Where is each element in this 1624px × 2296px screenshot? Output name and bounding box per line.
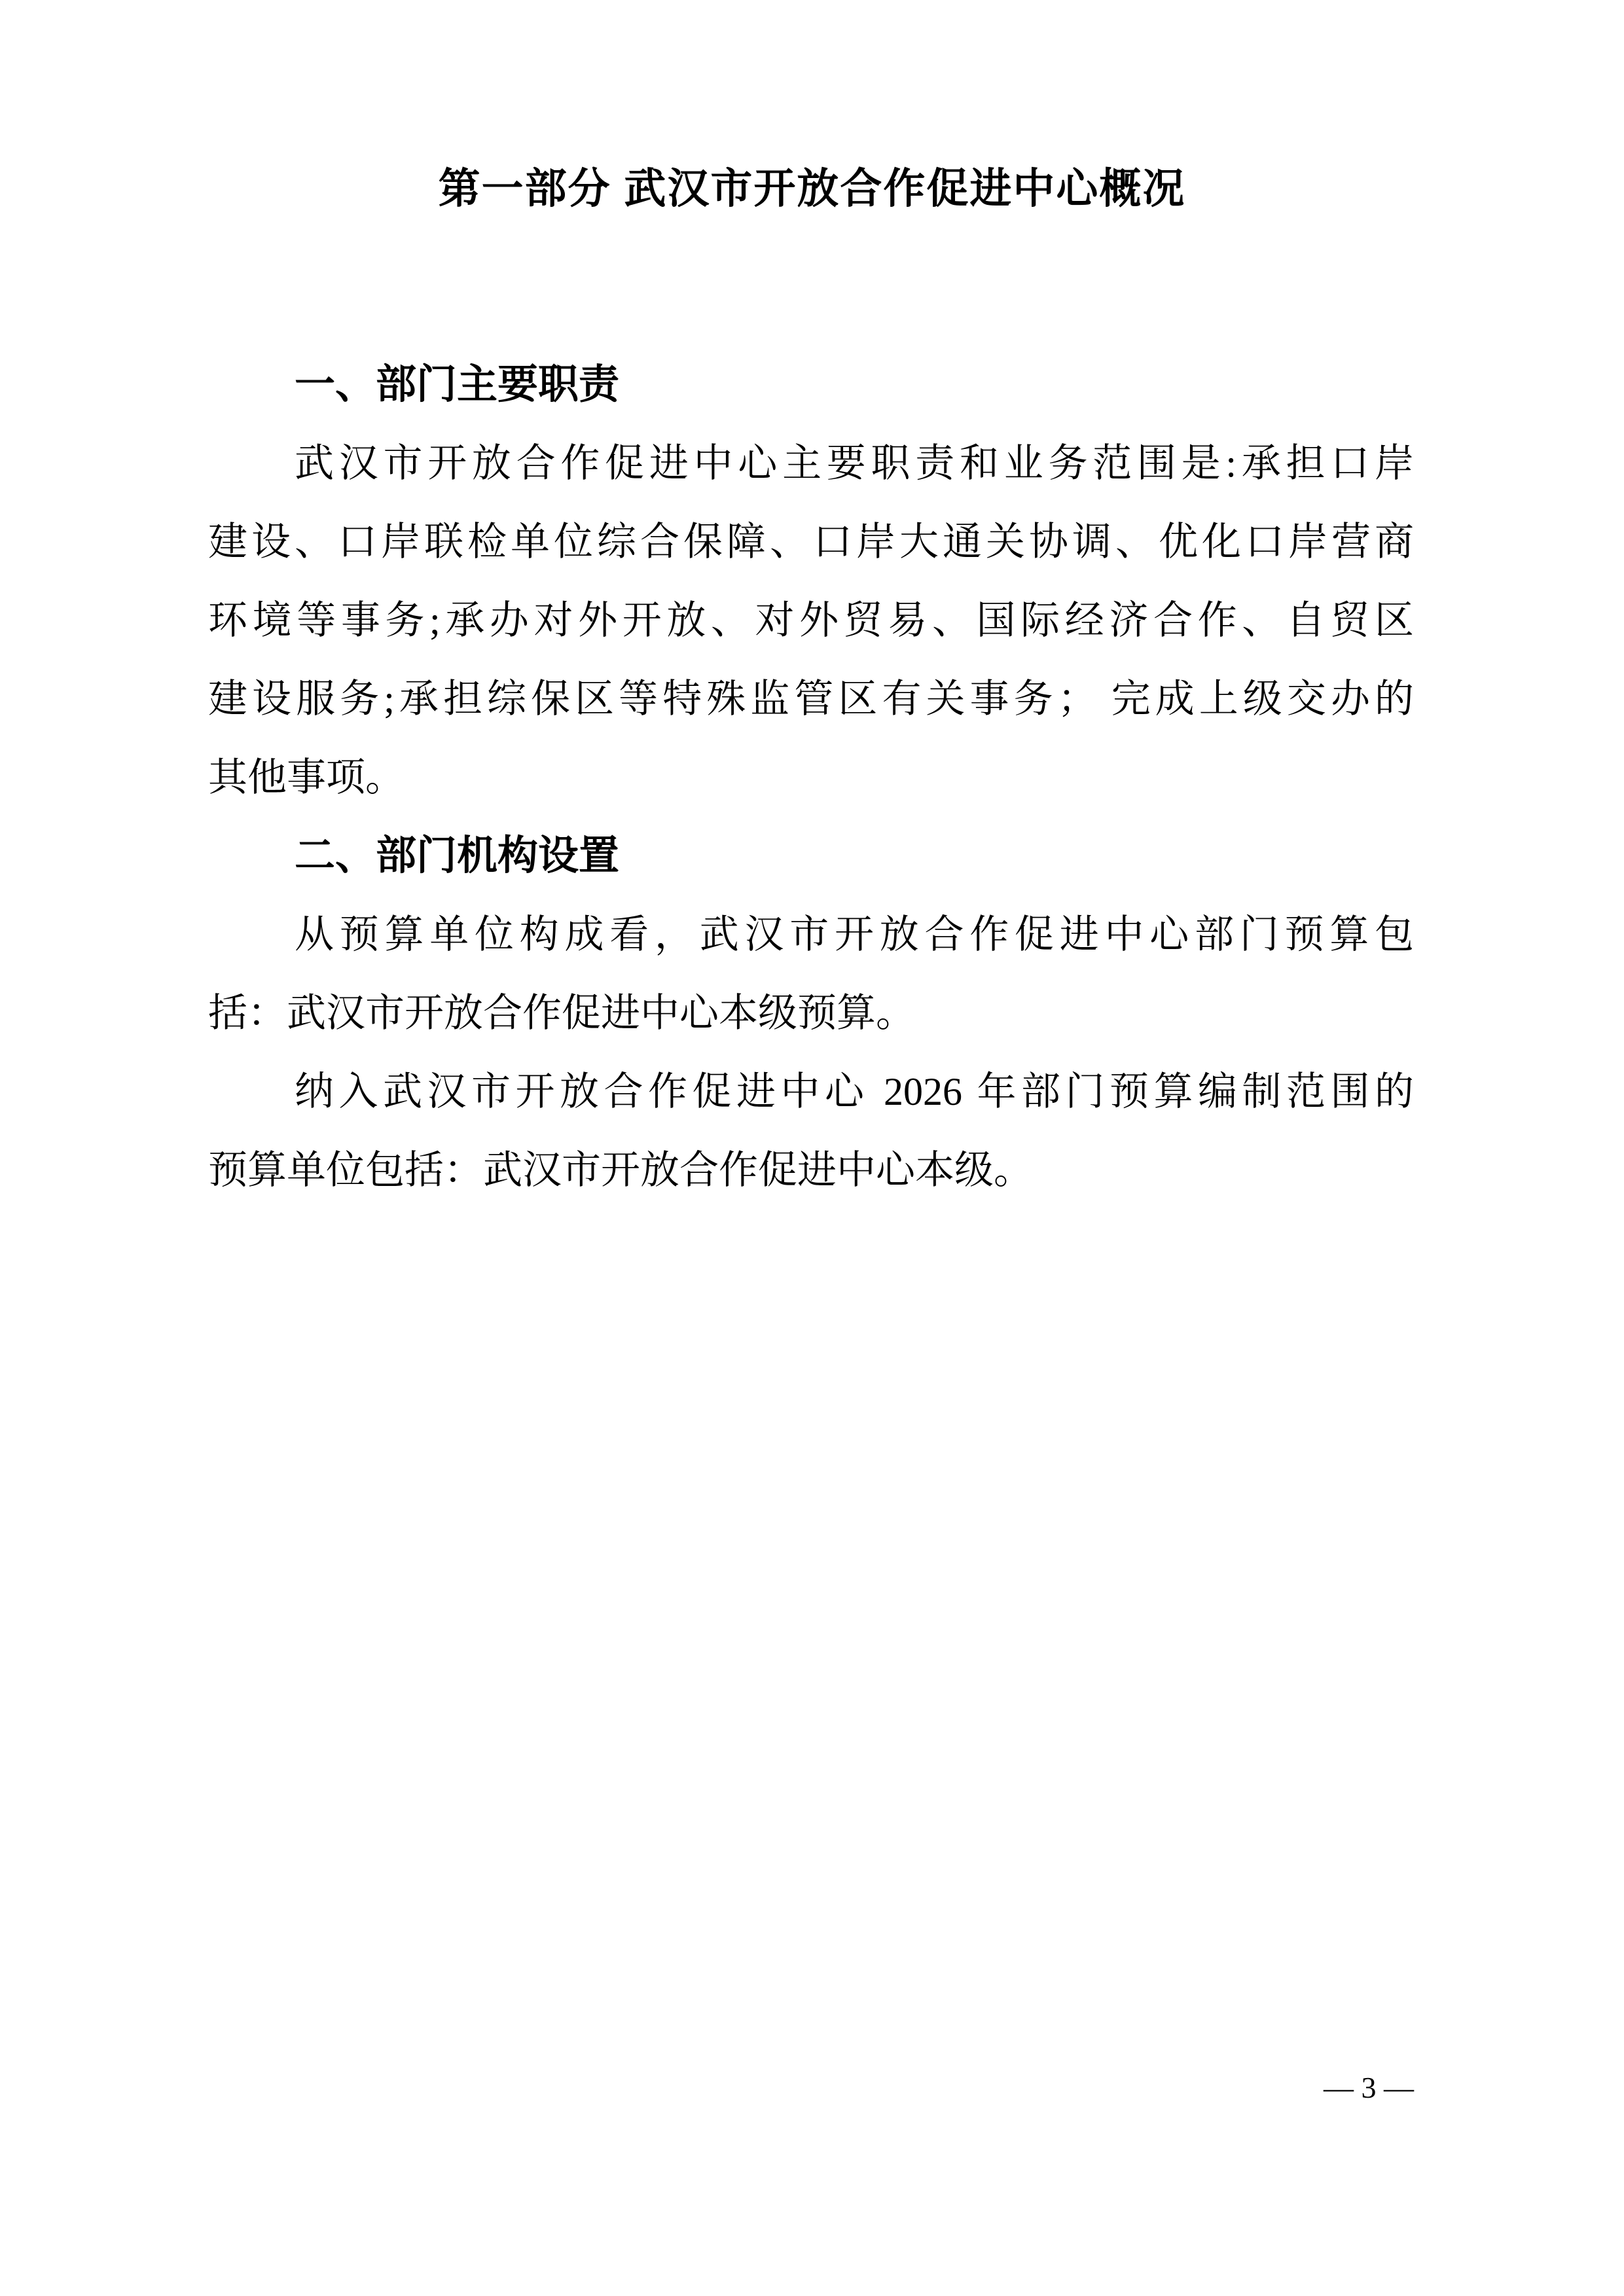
- section-2-heading: 二、部门机构设置: [208, 817, 1414, 895]
- page-number: — 3 —: [1324, 2067, 1414, 2109]
- body-line: 纳入武汉市开放合作促进中心 2026 年部门预算编制范围的: [208, 1052, 1414, 1131]
- document-body: 一、部门主要职责 武汉市开放合作促进中心主要职责和业务范围是:承担口岸 建设、口…: [208, 346, 1414, 1210]
- body-line: 环境等事务;承办对外开放、对外贸易、国际经济合作、自贸区: [208, 581, 1414, 660]
- body-line: 其他事项。: [208, 738, 1414, 817]
- body-line: 建设、口岸联检单位综合保障、口岸大通关协调、优化口岸营商: [208, 503, 1414, 581]
- body-line: 从预算单位构成看，武汉市开放合作促进中心部门预算包: [208, 895, 1414, 974]
- body-line: 预算单位包括：武汉市开放合作促进中心本级。: [208, 1131, 1414, 1210]
- body-line: 武汉市开放合作促进中心主要职责和业务范围是:承担口岸: [208, 424, 1414, 503]
- body-line: 建设服务;承担综保区等特殊监管区有关事务； 完成上级交办的: [208, 660, 1414, 738]
- document-page: 第一部分 武汉市开放合作促进中心概况 一、部门主要职责 武汉市开放合作促进中心主…: [0, 0, 1624, 2296]
- page-title: 第一部分 武汉市开放合作促进中心概况: [0, 149, 1624, 228]
- body-line: 括：武汉市开放合作促进中心本级预算。: [208, 974, 1414, 1052]
- section-1-heading: 一、部门主要职责: [208, 346, 1414, 424]
